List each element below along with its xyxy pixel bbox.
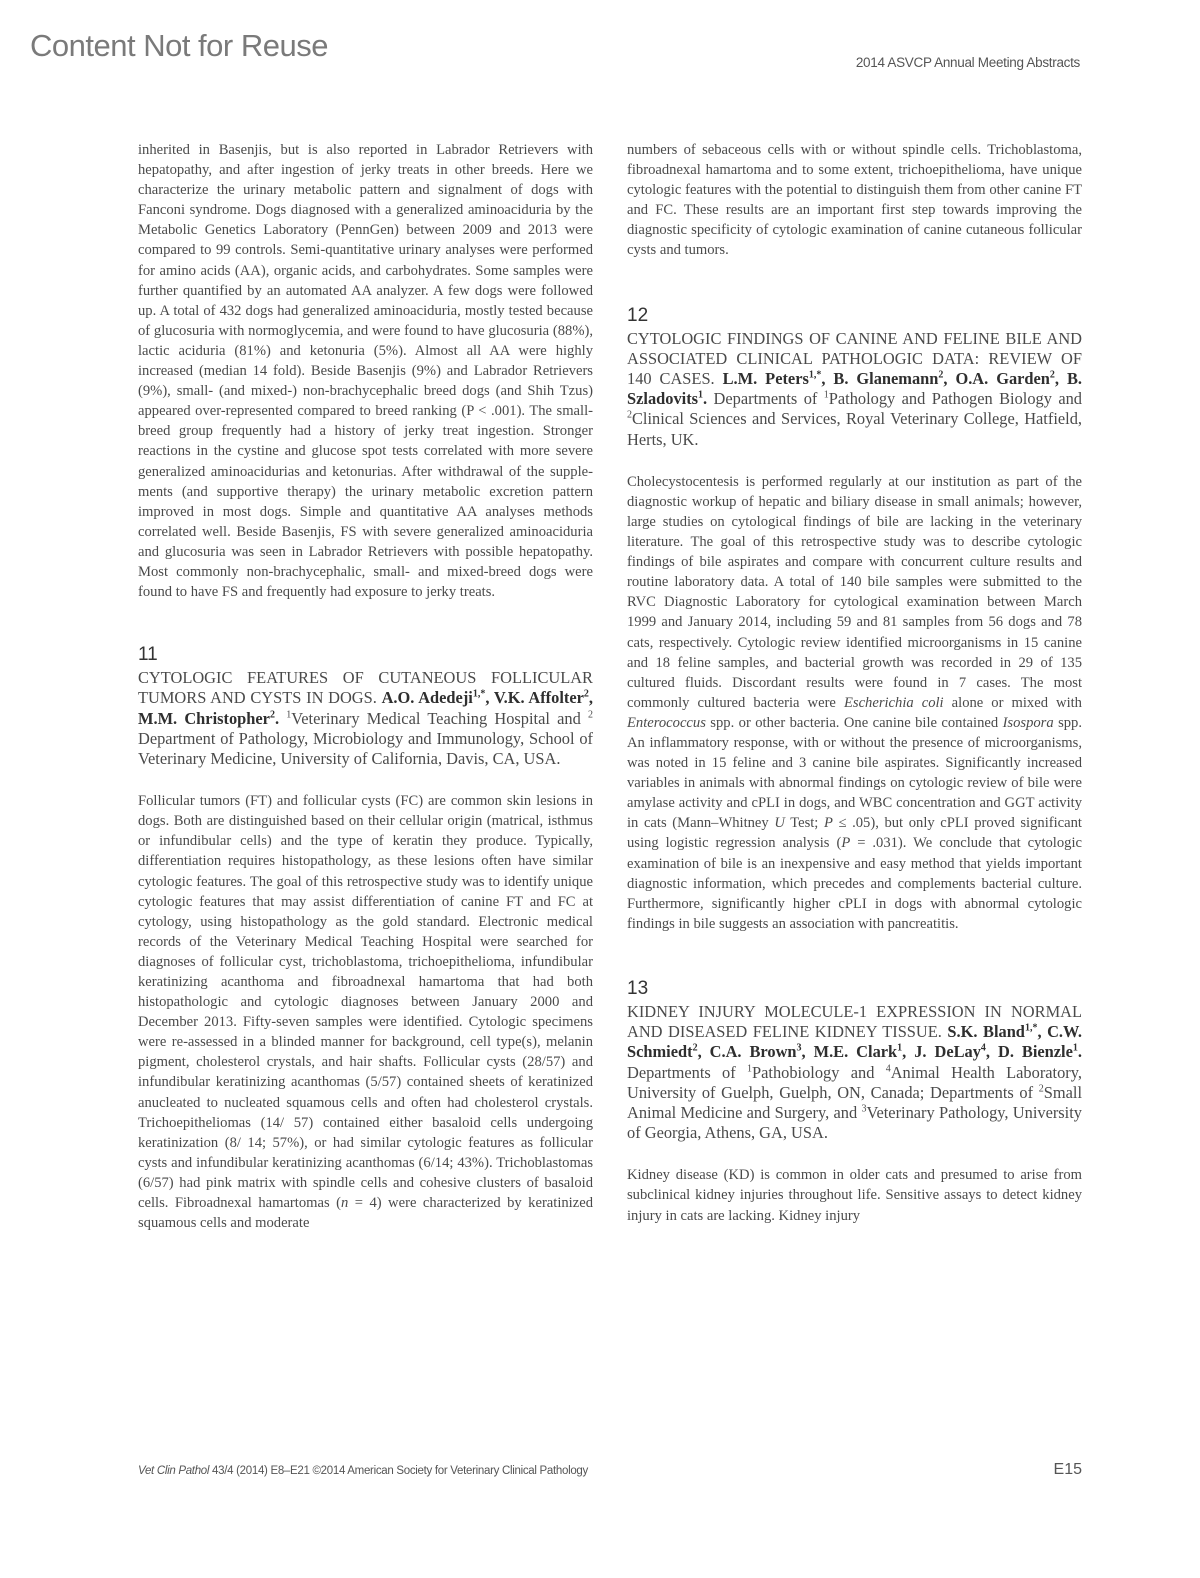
page-number: E15: [1054, 1461, 1082, 1479]
abstract-heading: CYTOLOGIC FEATURES OF CUTANEOUS FOLLICUL…: [138, 668, 593, 769]
affiliation: Pathobiology and: [752, 1063, 886, 1082]
abstract-12: 12 CYTOLOGIC FINDINGS OF CANINE AND FELI…: [627, 305, 1082, 934]
affiliation: Pathology and Pathogen Biology and: [829, 389, 1082, 408]
abstract-body: Cholecystocentesis is performed regularl…: [627, 472, 1082, 934]
abstract-11: 11 CYTOLOGIC FEATURES OF CUTANEOUS FOLLI…: [138, 644, 593, 1233]
continued-abstract-text: inherited in Basenjis, but is also repor…: [138, 140, 593, 602]
left-column: inherited in Basenjis, but is also repor…: [138, 140, 593, 1233]
abstract-13: 13 KIDNEY INJURY MOLECULE-1 EXPRESSION I…: [627, 978, 1082, 1226]
abstract-heading: CYTOLOGIC FINDINGS OF CANINE AND FELINE …: [627, 329, 1082, 450]
abstract-number: 13: [627, 978, 1082, 1000]
abstract-heading: KIDNEY INJURY MOLECULE-1 EXPRESSION IN N…: [627, 1002, 1082, 1143]
watermark: Content Not for Reuse: [30, 28, 328, 64]
abstract-body: Follicular tumors (FT) and follicular cy…: [138, 791, 593, 1233]
abstract-number: 11: [138, 644, 593, 666]
affiliation: Clinical Sciences and Services, Royal Ve…: [627, 409, 1082, 448]
abstract-number: 12: [627, 305, 1082, 327]
affiliation: Department of Pathology, Micro­biology a…: [138, 729, 593, 768]
abstract-body: Kidney disease (KD) is common in older c…: [627, 1165, 1082, 1225]
right-column: numbers of sebaceous cells with or witho…: [627, 140, 1082, 1226]
affiliation: Veterinary Medical Teaching Hospital and: [291, 709, 588, 728]
journal-citation: Vet Clin Pathol 43/4 (2014) E8–E21 ©2014…: [138, 1465, 588, 1477]
continued-abstract-text: numbers of sebaceous cells with or witho…: [627, 140, 1082, 261]
running-head: 2014 ASVCP Annual Meeting Abstracts: [856, 55, 1080, 70]
